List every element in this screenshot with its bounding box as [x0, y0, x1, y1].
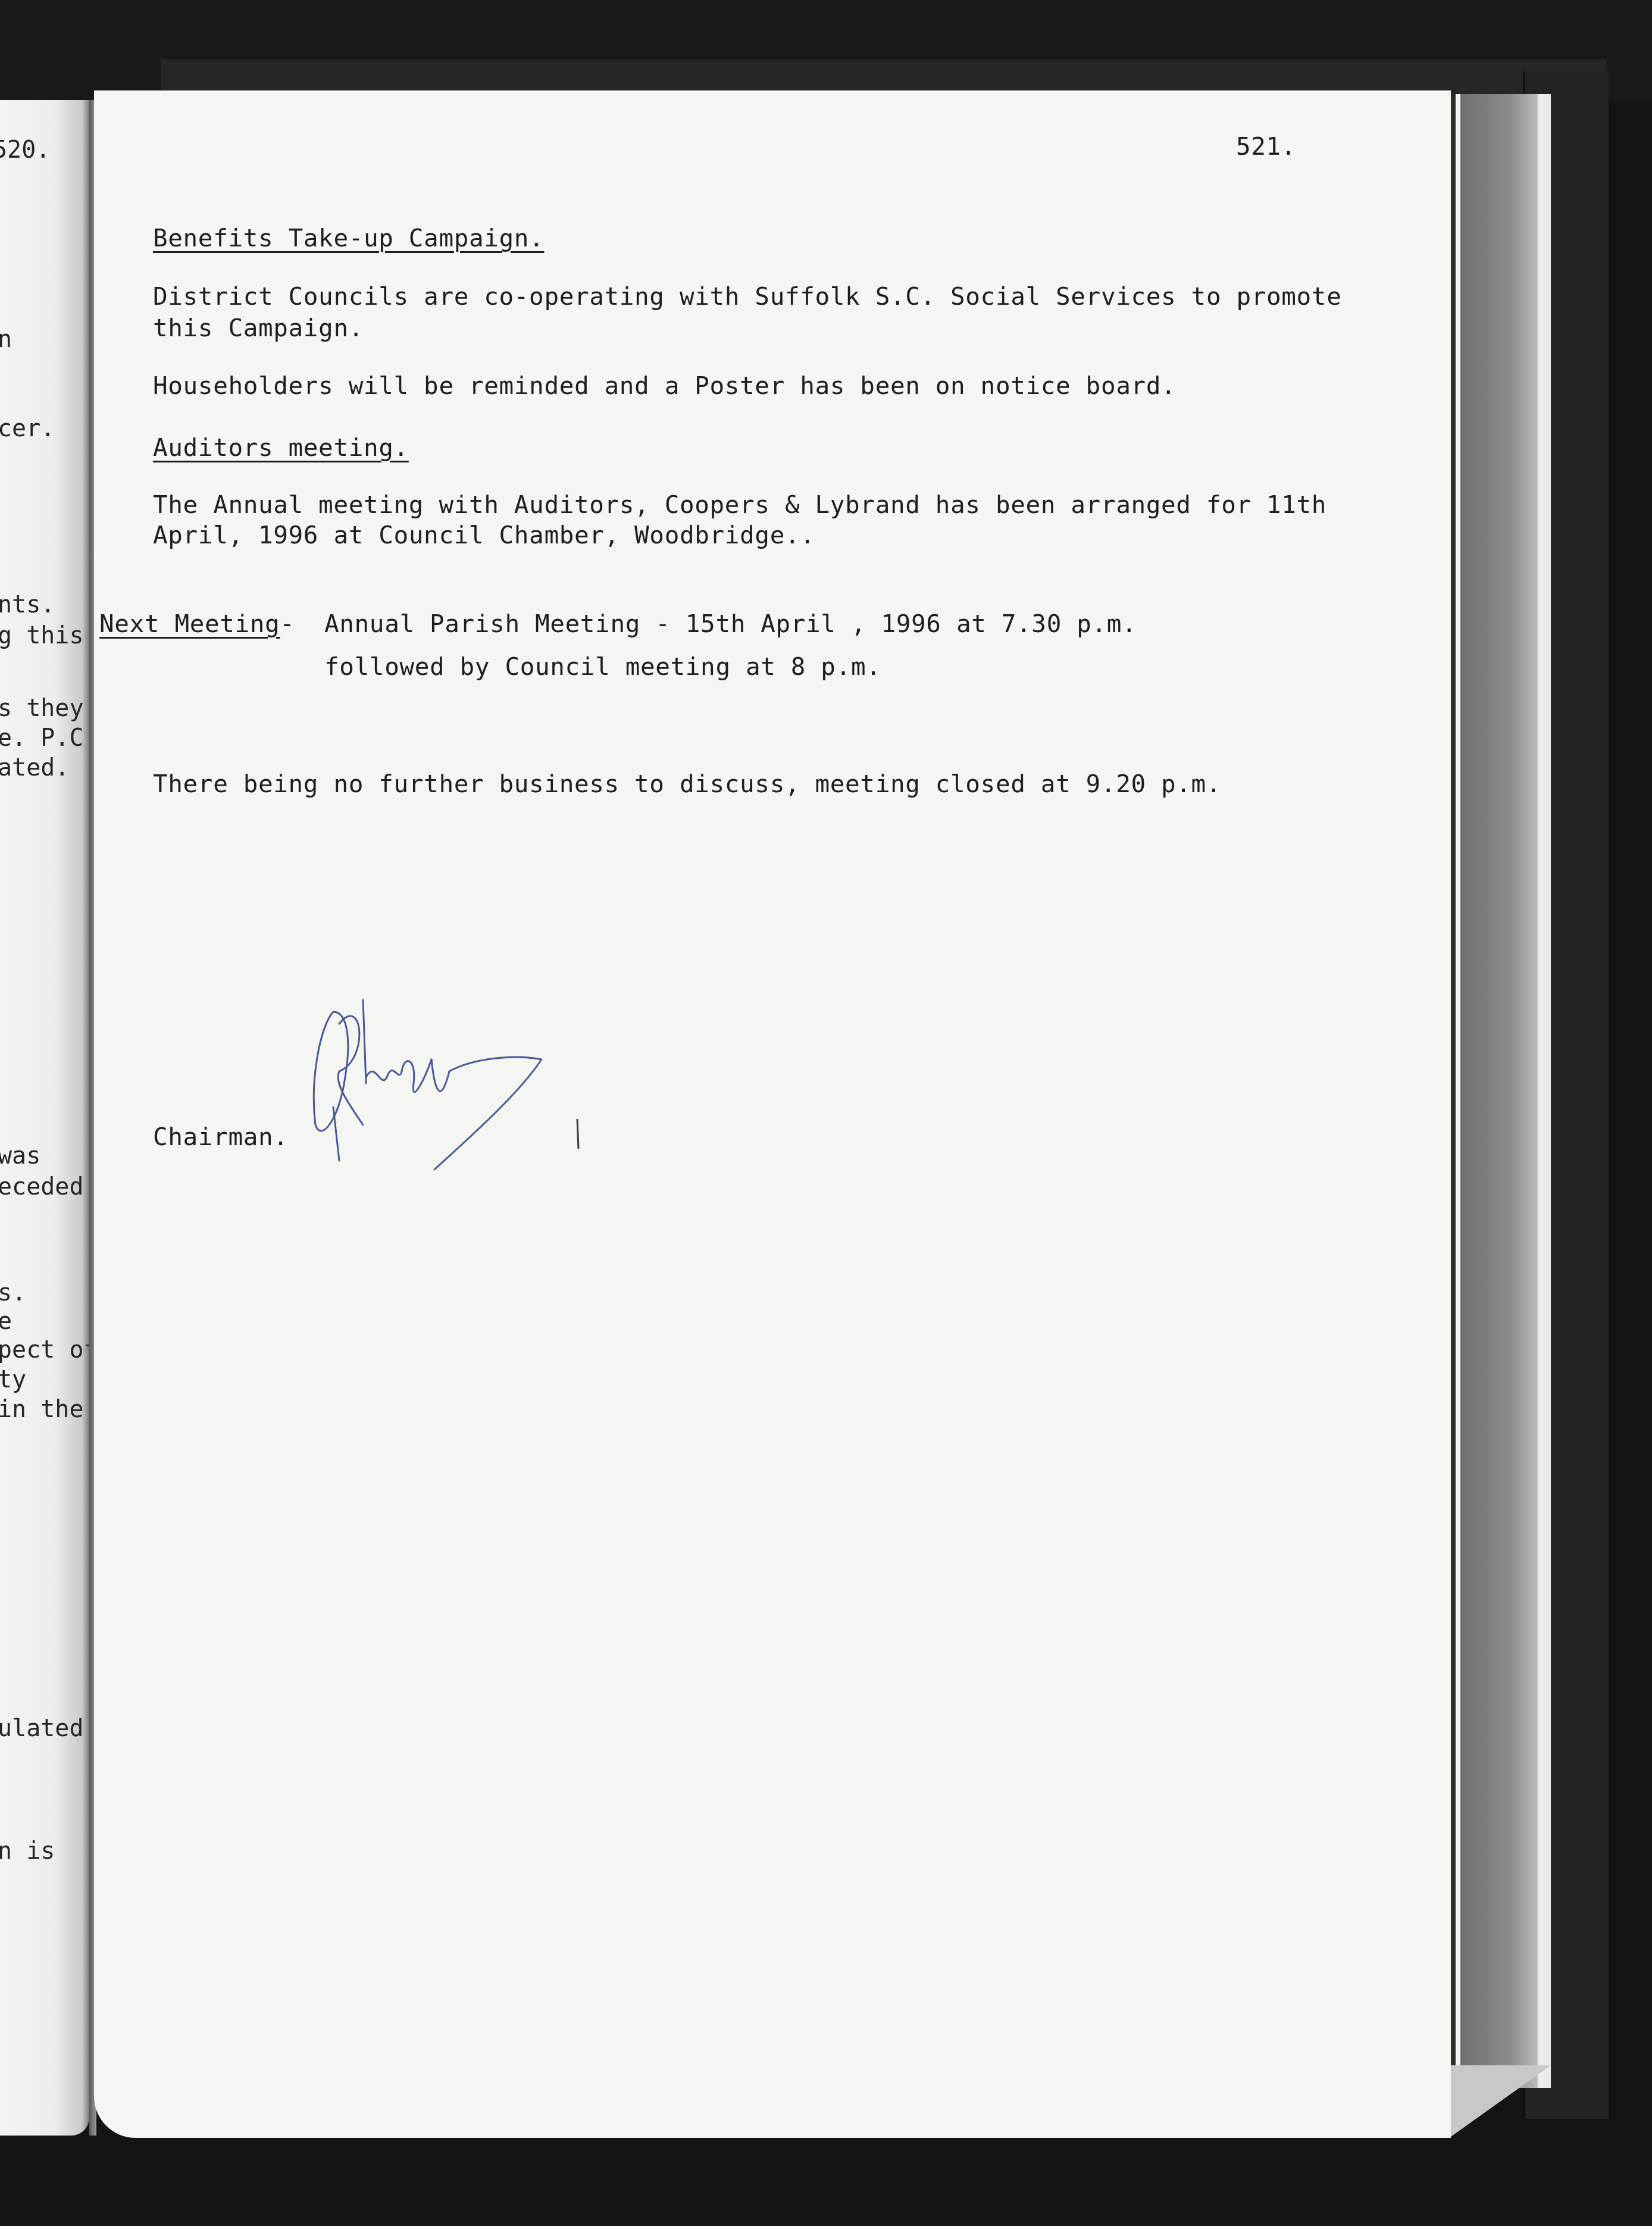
- next-meeting-line-2: followed by Council meeting at 8 p.m.: [324, 655, 881, 679]
- page-number: 521.: [1236, 135, 1296, 159]
- page-block-edge: [1451, 94, 1551, 2088]
- section-heading-benefits: Benefits Take-up Campaign.: [153, 226, 544, 251]
- left-page-fragment: nts.: [0, 593, 55, 617]
- left-page-fragment: was: [0, 1144, 40, 1168]
- left-page-fragment: n: [0, 327, 12, 351]
- left-page-fragment: eceded: [0, 1175, 84, 1199]
- left-page-fragment: e. P.C.: [0, 726, 89, 750]
- paragraph-line: District Councils are co-operating with …: [153, 284, 1341, 309]
- paragraph-line: this Campaign.: [153, 316, 364, 340]
- left-page-number: 520.: [0, 138, 50, 162]
- next-meeting-label: Next Meeting: [99, 612, 280, 636]
- left-page: 520. n cer. nts. g this s they e. P.C. a…: [0, 100, 89, 2136]
- left-page-fragment: s.: [0, 1281, 26, 1305]
- chairman-signature: [298, 988, 607, 1178]
- left-page-fragment: n is: [0, 1839, 55, 1863]
- section-heading-auditors: Auditors meeting.: [153, 436, 409, 460]
- chairman-label: Chairman.: [153, 1125, 289, 1149]
- left-page-fragment: pect of: [0, 1338, 89, 1362]
- left-page-fragment: s they: [0, 696, 84, 720]
- left-page-fragment: ty: [0, 1368, 26, 1392]
- left-page-fragment: e: [0, 1309, 12, 1333]
- left-page-fragment: in the: [0, 1397, 84, 1421]
- left-page-fragment: cer.: [0, 417, 55, 440]
- left-page-fragment: ulated: [0, 1717, 84, 1740]
- next-meeting-line-1: Annual Parish Meeting - 15th April , 199…: [324, 612, 1137, 636]
- closing-statement: There being no further business to discu…: [153, 772, 1221, 796]
- paragraph-line: The Annual meeting with Auditors, Cooper…: [153, 493, 1326, 517]
- paragraph-line: Householders will be reminded and a Post…: [153, 374, 1176, 398]
- paragraph-line: April, 1996 at Council Chamber, Woodbrid…: [153, 523, 815, 548]
- next-meeting-dash: -: [280, 612, 295, 636]
- left-page-fragment: ated.: [0, 756, 69, 780]
- left-page-fragment: g this: [0, 624, 84, 648]
